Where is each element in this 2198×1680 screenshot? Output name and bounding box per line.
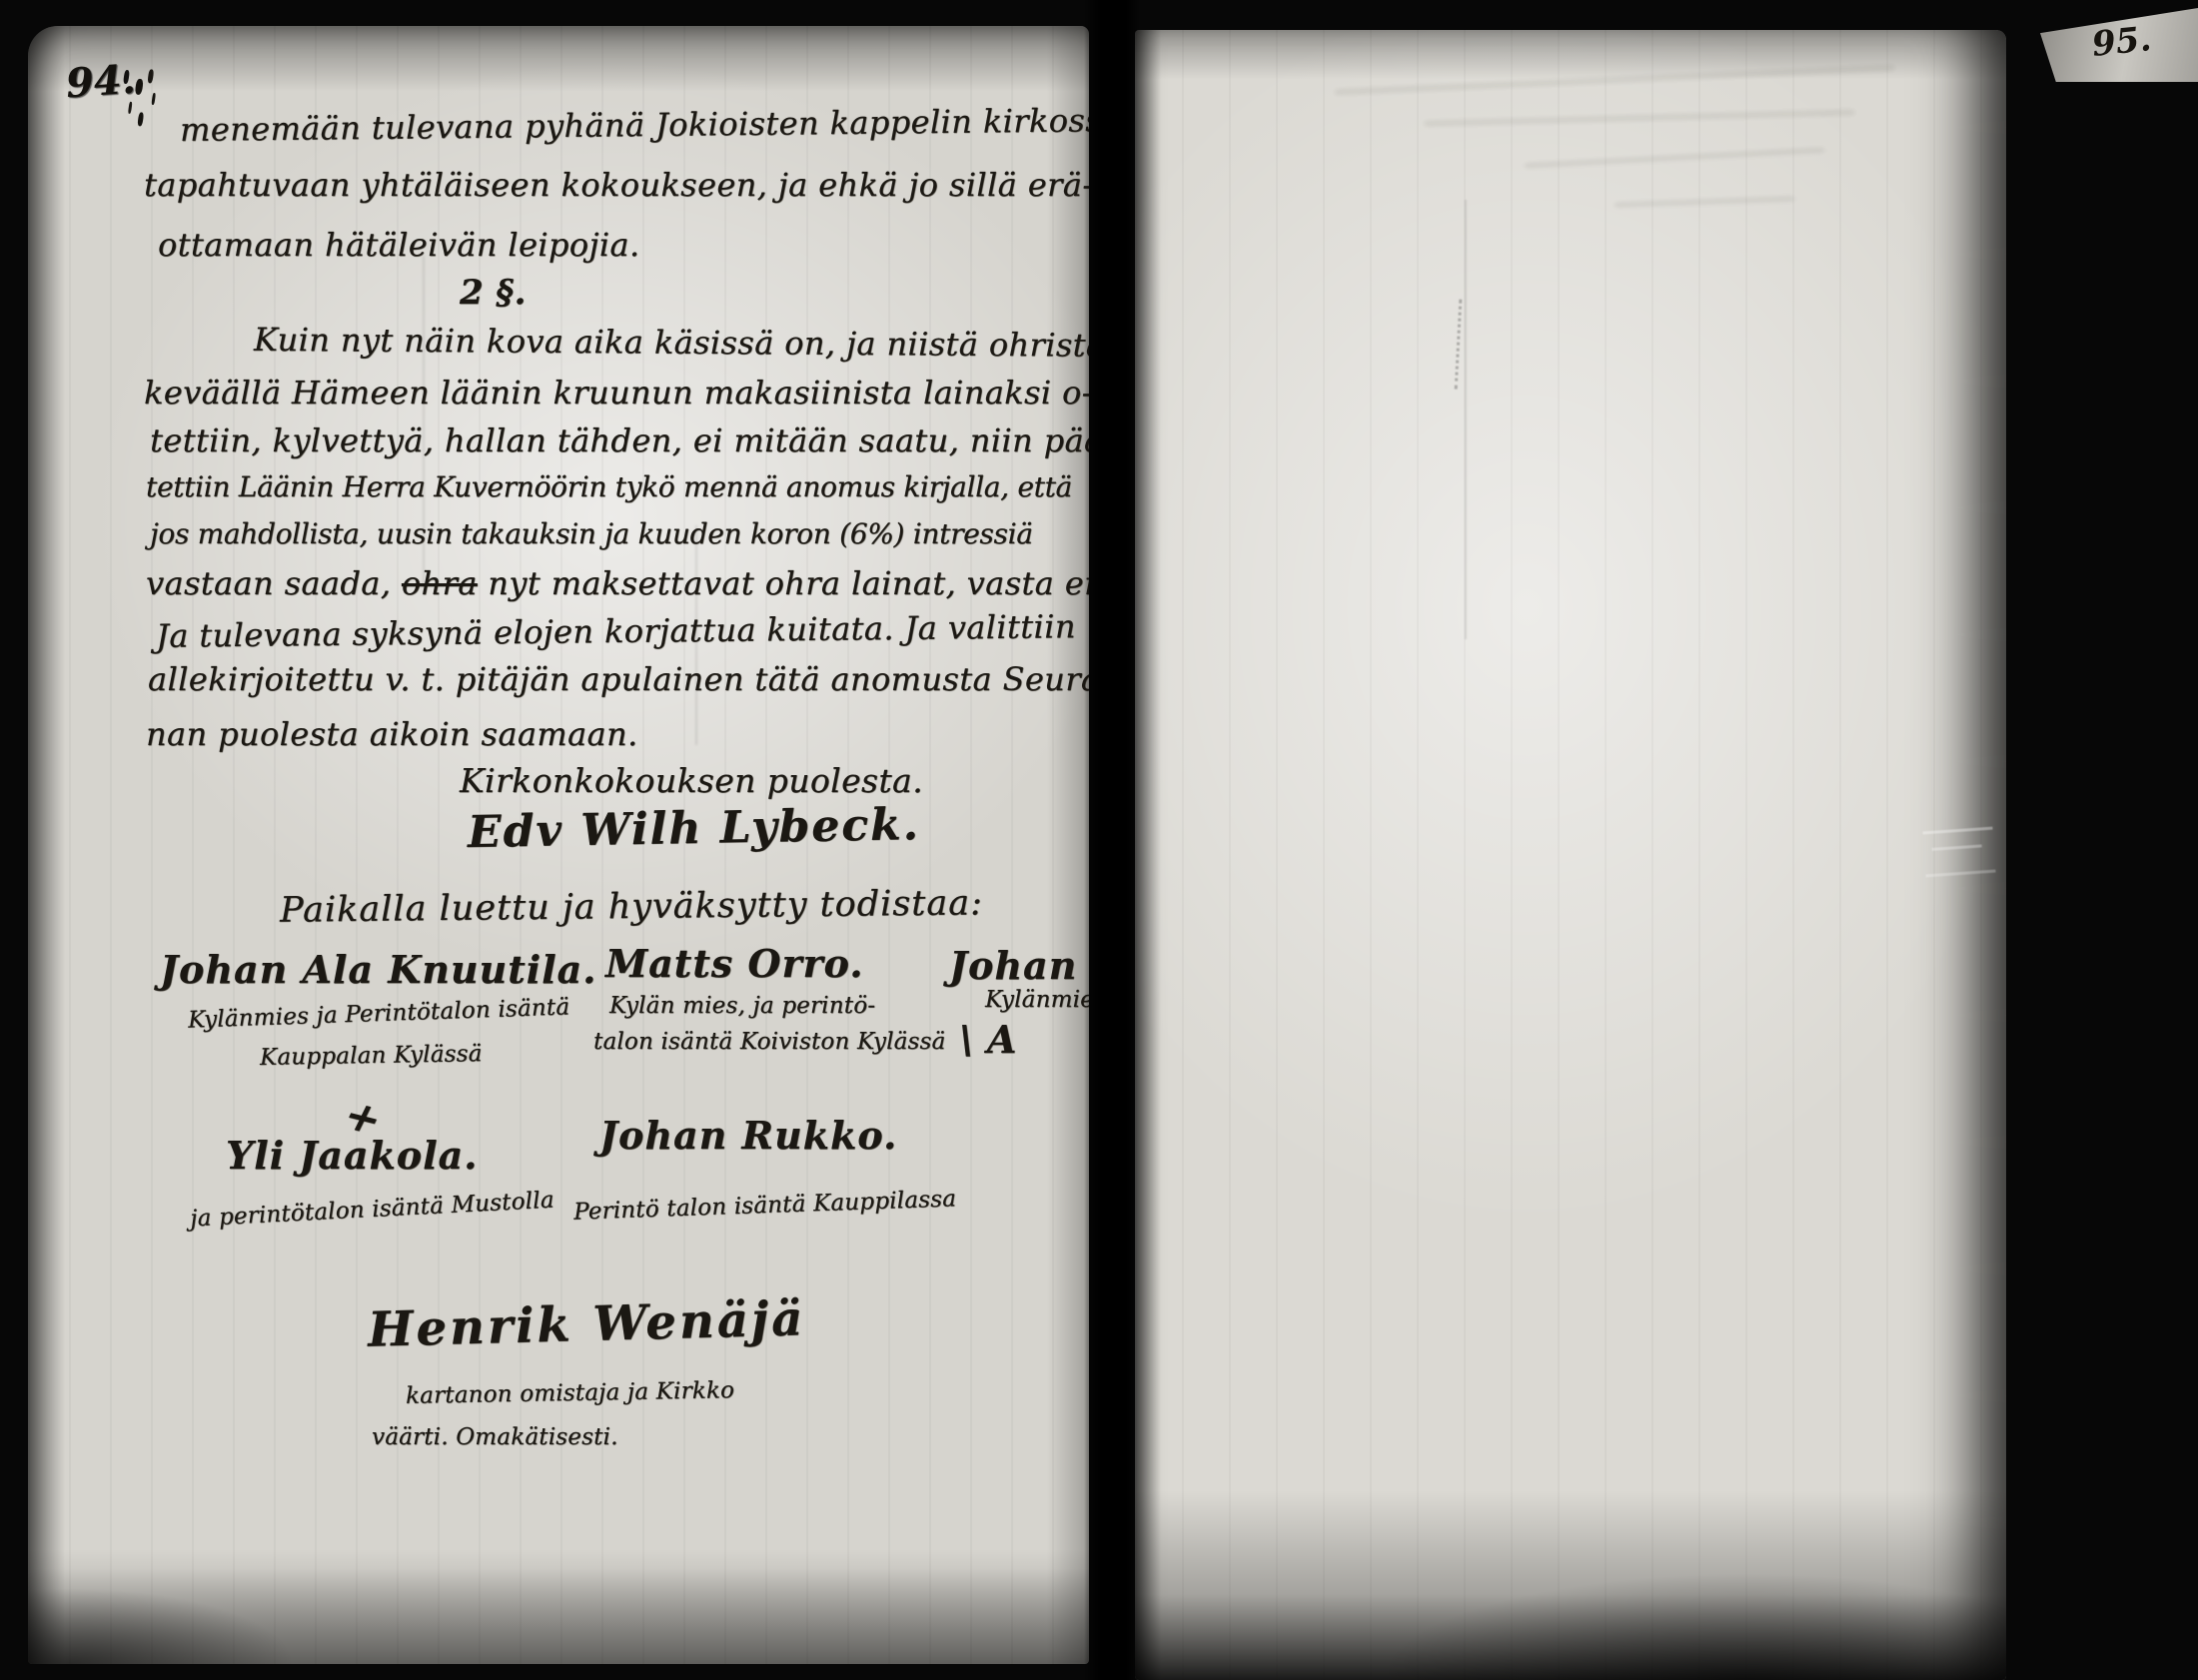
witness-title: väärti. Omakätisesti. — [372, 1424, 618, 1450]
ghost-line — [1335, 66, 1894, 94]
ghost-line — [1525, 148, 1824, 168]
section-mark: 2 §. — [460, 273, 527, 313]
attestation-line: Paikalla luettu ja hyväksytty todistaa: — [280, 883, 983, 930]
witness-title-clipped: Kylänmies — [985, 987, 1089, 1013]
right-page — [1135, 30, 2006, 1680]
scratch-marks — [1922, 827, 1995, 878]
witness-title: Perintö talon isäntä Kauppilassa — [573, 1186, 957, 1225]
line-segment: nyt maksettavat ohra lainat, vasta en- — [478, 564, 1089, 602]
right-page-corner: 95. — [2040, 8, 2198, 82]
chairman-signature: Edv Wilh Lybeck. — [468, 799, 921, 858]
witness-title: ja perintötalon isäntä Mustolla — [190, 1187, 555, 1232]
manuscript-line: tettiin, kylvettyä, hallan tähden, ei mi… — [150, 421, 1089, 459]
manuscript-line: allekirjoitettu v. t. pitäjän apulainen … — [148, 660, 1089, 698]
witness-signature: Matts Orro. — [605, 941, 863, 986]
witness-title: Kylän mies, ja perintö- — [609, 993, 875, 1019]
line-segment: vastaan saada, — [146, 564, 402, 602]
scanned-book-photograph: 94. menemään tulevana pyhänä Jokioisten … — [0, 0, 2198, 1680]
witness-signature: Johan Rukko. — [599, 1113, 897, 1158]
ghost-line — [1425, 110, 1854, 125]
witness-title: kartanon omistaja ja Kirkko — [406, 1377, 735, 1409]
right-page-number: 95. — [2090, 19, 2153, 65]
witness-signature: Henrik Wenäjä — [367, 1290, 806, 1357]
manuscript-line: Kuin nyt näin kova aika käsissä on, ja n… — [254, 321, 1089, 365]
witness-title: Kylänmies ja Perintötalon isäntä — [188, 994, 570, 1033]
manuscript-line: tettiin Läänin Herra Kuvernöörin tykö me… — [146, 470, 1072, 503]
witness-signature: Johan Ala Knuutila. — [160, 947, 596, 992]
bleedthrough-ghost-text — [1195, 60, 1914, 290]
manuscript-line: menemään tulevana pyhänä Jokioisten kapp… — [180, 101, 1089, 149]
binding-gutter — [1084, 0, 1140, 1680]
manuscript-line: ottamaan hätäleivän leipojia. — [158, 226, 639, 264]
manuscript-line: jos mahdollista, uusin takauksin ja kuud… — [150, 517, 1033, 550]
manuscript-line: Ja tulevana syksynä elojen korjattua kui… — [156, 607, 1076, 655]
closing-line: Kirkonkokouksen puolesta. — [460, 761, 923, 800]
witness-title: talon isäntä Koiviston Kylässä — [593, 1029, 945, 1055]
witness-title: Kauppalan Kylässä — [260, 1041, 483, 1071]
witness-signature-clipped: Johan — [949, 943, 1077, 988]
ghost-line — [1615, 197, 1794, 207]
fold-marks — [1455, 300, 1477, 391]
manuscript-line-with-strikethrough: vastaan saada, ohra nyt maksettavat ohra… — [146, 564, 1089, 602]
witness-signature: Yli Jaakola. — [226, 1133, 478, 1178]
fold-line — [1465, 200, 1467, 639]
manuscript-line: nan puolesta aikoin saamaan. — [146, 715, 638, 753]
left-page: 94. menemään tulevana pyhänä Jokioisten … — [28, 26, 1089, 1664]
manuscript-line: tapahtuvaan yhtäläiseen kokoukseen, ja e… — [144, 166, 1089, 204]
witness-mark: \ A — [959, 1017, 1017, 1062]
manuscript-line: keväällä Hämeen läänin kruunun makasiini… — [144, 374, 1089, 412]
struck-word: ohra — [402, 564, 478, 602]
